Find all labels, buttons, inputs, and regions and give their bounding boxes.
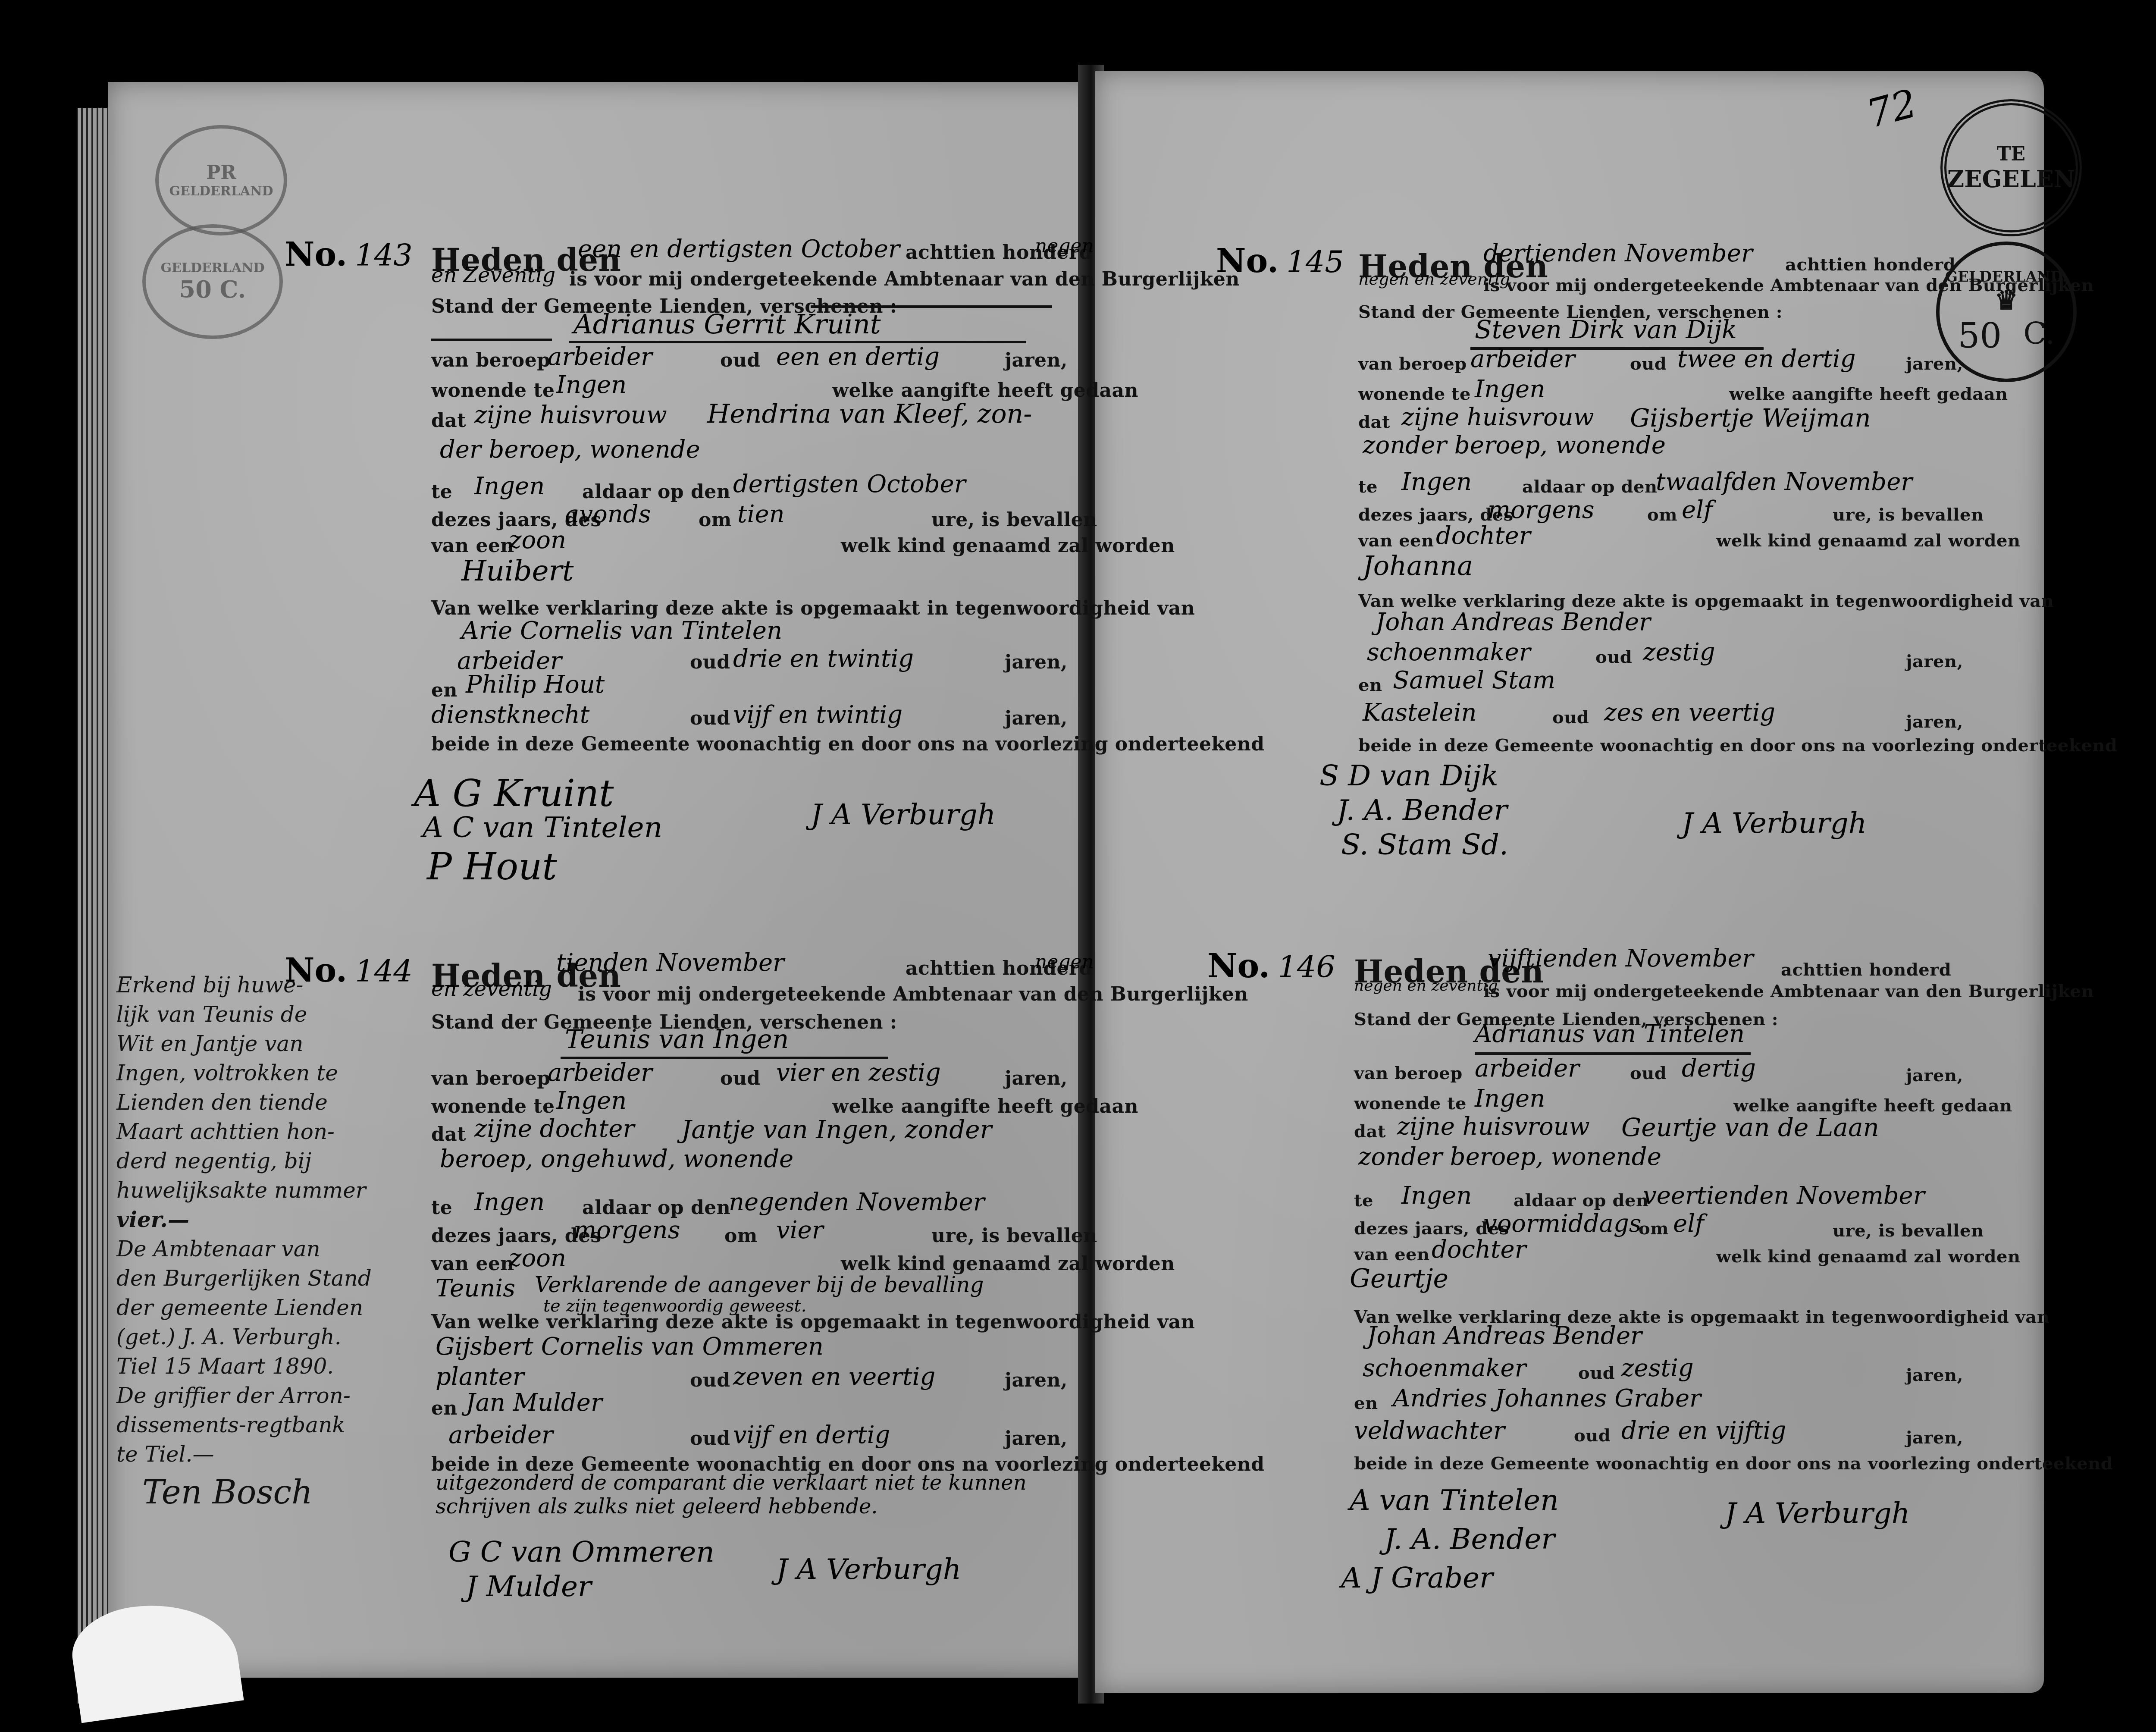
signature: S. Stam Sd. [1341, 828, 1508, 861]
margin-signature: Ten Bosch [142, 1478, 444, 1507]
page-edges [78, 108, 108, 1704]
registrar-signature: J A Verburgh [1682, 806, 1867, 840]
mother-name: Jantje van Ingen, zonder [681, 1115, 992, 1144]
margin-annotation-144: Erkend bij huwe- lijk van Teunis de Wit … [116, 970, 444, 1507]
signature: J Mulder [466, 1570, 592, 1603]
signature: S D van Dijk [1319, 759, 1498, 792]
signature: A G Kruint [414, 772, 614, 815]
entry-number: No.143 [285, 235, 413, 273]
declarant-name: Teunis van Ingen [565, 1024, 789, 1054]
revenue-stamp-left-top: PR GELDERLAND [155, 125, 287, 235]
child-name: Teunis [436, 1274, 515, 1302]
child-name: Johanna [1363, 550, 1473, 581]
date: vijftienden November [1488, 944, 1753, 973]
signature: A C van Tintelen [423, 811, 662, 844]
date: een en dertigsten October [578, 235, 900, 263]
declarant-name: Adrianus Gerrit Kruint [573, 308, 881, 340]
signature: A J Graber [1341, 1561, 1493, 1594]
child-name: Geurtje [1350, 1264, 1448, 1294]
declarant-name: Adrianus van Tintelen [1475, 1020, 1745, 1048]
child-name: Huibert [461, 554, 574, 587]
registrar-signature: J A Verburgh [1725, 1497, 1910, 1530]
declarant-name: Steven Dirk van Dijk [1475, 315, 1737, 344]
te-zegelen-stamp: TE ZEGELEN [1940, 99, 2082, 236]
mother-name: Gijsbertje Weijman [1630, 403, 1871, 433]
signature: J. A. Bender [1337, 794, 1507, 827]
entry-number: No.145 [1216, 242, 1344, 280]
signature: J. A. Bender [1384, 1522, 1555, 1556]
signature: G C van Ommeren [448, 1535, 714, 1569]
registrar-signature: J A Verburgh [776, 1553, 961, 1586]
date: dertienden November [1483, 239, 1753, 267]
entry-number: No.146 [1207, 947, 1335, 985]
mother-name: Hendrina van Kleef, zon- [707, 399, 1032, 429]
signature: P Hout [427, 845, 557, 888]
signature: A van Tintelen [1350, 1484, 1559, 1517]
registrar-signature: J A Verburgh [811, 798, 996, 831]
mother-name: Geurtje van de Laan [1621, 1113, 1879, 1142]
revenue-stamp-left-bottom: GELDERLAND 50 C. [142, 224, 283, 339]
date: tienden November [556, 949, 784, 977]
